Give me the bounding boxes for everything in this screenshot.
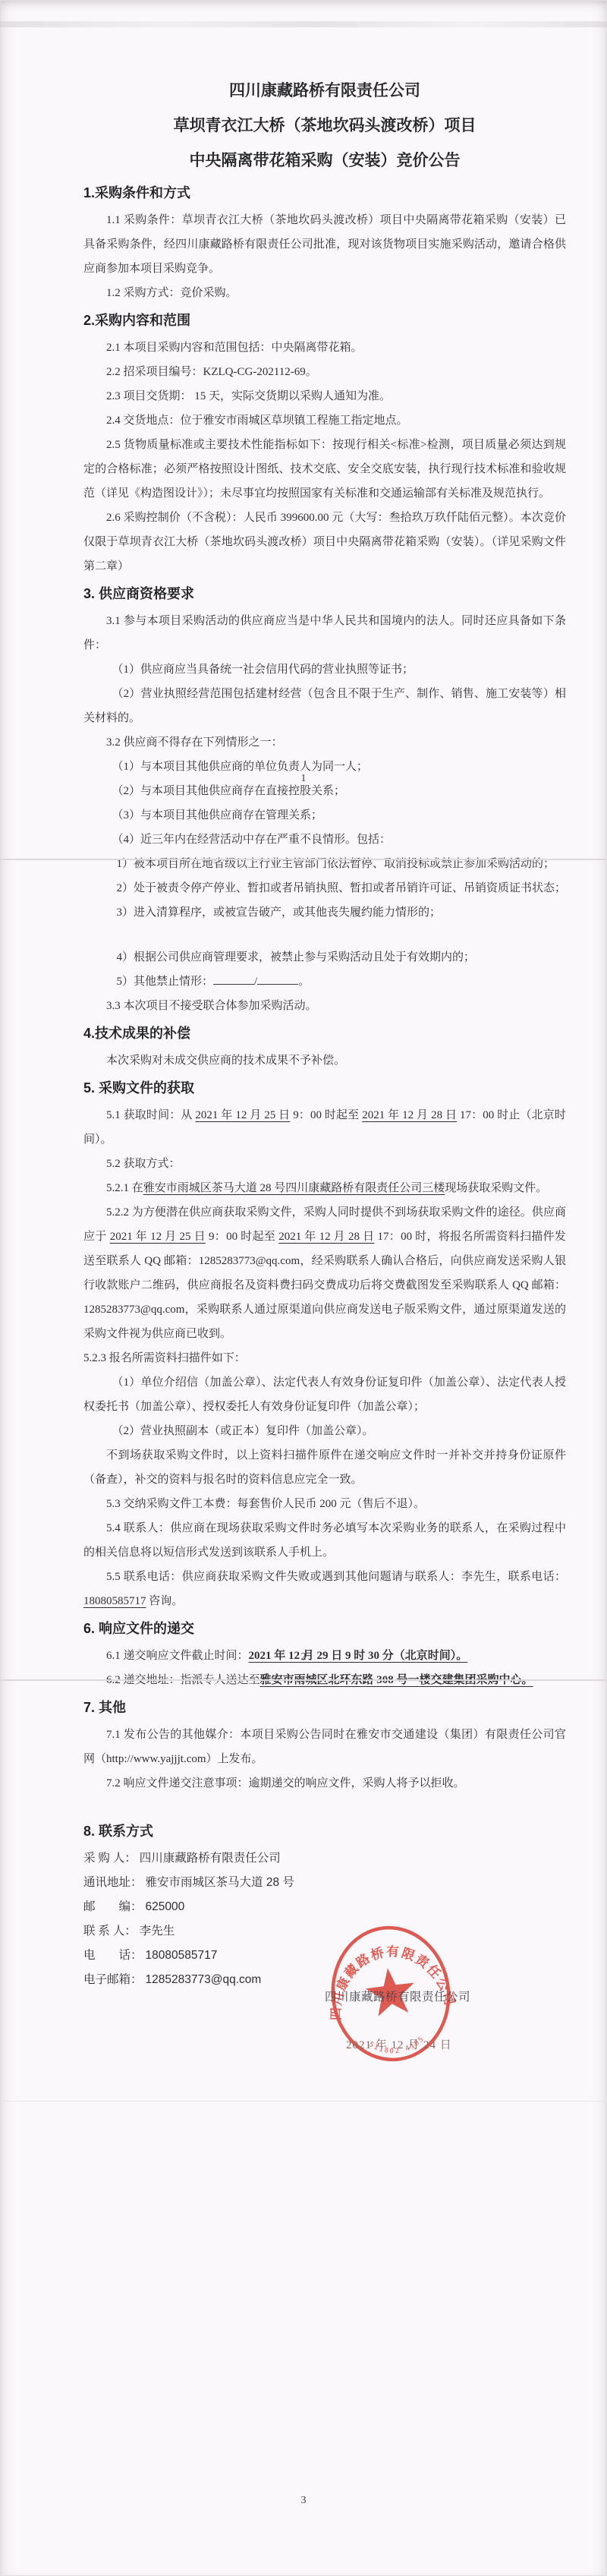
sub-5-text: 5）其他禁止情形：	[117, 976, 214, 988]
clause-1-2: 1.2 采购方式：竞价采购。	[83, 281, 566, 305]
clause-5-2-1-pre: 5.2.1 在	[106, 1182, 143, 1194]
clause-3-2-item-4-sub-4: 4）根据公司供应商管理要求，被禁止参与采购活动且处于有效期内的；	[83, 945, 566, 970]
clause-2-5: 2.5 货物质量标准或主要技术性能指标如下：按现行相关<标准>检测，项目质量必须…	[83, 433, 566, 506]
clause-3-3: 3.3 本次项目不接受联合体参加采购活动。	[83, 994, 566, 1018]
contact-label: 采 购 人：	[83, 1846, 137, 1871]
section-6-heading: 6. 响应文件的递交	[83, 1615, 566, 1643]
clause-2-1: 2.1 本项目采购内容和范围包括：中央隔离带花箱。	[83, 336, 566, 360]
contact-phone: 18080585717	[83, 1595, 146, 1607]
date-from-2: 2021 年 12 月 25 日	[110, 1231, 206, 1243]
clause-2-3: 2.3 项目交货期： 15 天，实际交货期以采购人通知为准。	[83, 384, 566, 408]
contact-address: 通讯地址：雅安市雨城区茶马大道 28 号	[83, 1871, 566, 1895]
clause-3-1-item-2: （2）营业执照经营范围包括建材经营（包含且不限于生产、制作、销售、施工安装等）相…	[83, 682, 566, 730]
signature-date: 2021 年 12 月 24 日	[346, 2036, 452, 2052]
clause-3-2: 3.2 供应商不得存在下列情形之一：	[83, 730, 566, 755]
contact-value: 625000	[146, 1895, 185, 1919]
clause-5-2-2: 5.2.2 为方便潜在供应商获取采购文件，采购人同时提供不到场获取采购文件的途径…	[83, 1200, 566, 1346]
notice-title: 中央隔离带花箱采购（安装）竞价公告	[83, 143, 566, 178]
clause-2-4: 2.4 交货地点：位于雅安市雨城区草坝镇工程施工指定地点。	[83, 408, 566, 433]
clause-4-1: 本次采购对未成交供应商的技术成果不予补偿。	[83, 1048, 566, 1073]
page-number-2: 2	[0, 1651, 607, 1663]
section-2-heading: 2.采购内容和范围	[83, 307, 566, 335]
contact-value: 雅安市雨城区茶马大道 28 号	[146, 1871, 294, 1895]
clause-5-2-2-post: 17：00 时，将报名所需资料扫描件发送至联系人 QQ 邮箱：128528377…	[83, 1231, 566, 1340]
contact-label: 通讯地址：	[83, 1871, 143, 1895]
signature-company: 四川康藏路桥有限责任公司	[325, 1988, 476, 2004]
clause-5-2-1: 5.2.1 在雅安市雨城区茶马大道 28 号四川康藏路桥有限责任公司三楼现场获取…	[83, 1176, 566, 1200]
contact-label: 电 话：	[83, 1944, 143, 1968]
clause-5-1-pre: 5.1 获取时间：从	[106, 1109, 195, 1121]
section-5-heading: 5. 采购文件的获取	[83, 1074, 566, 1102]
clause-5-2-3: 5.2.3 报名所需资料扫描件如下：	[83, 1346, 566, 1370]
contact-value: 1285283773@qq.com	[146, 1968, 262, 1992]
clause-5-2-3-note: 不到场获取采购文件时，以上资料扫描件原件在递交响应文件时一并补交并持身份证原件（…	[83, 1443, 566, 1492]
contact-value: 18080585717	[146, 1944, 218, 1968]
clause-5-2-1-post: 现场获取采购文件。	[445, 1182, 547, 1194]
blank-line	[257, 973, 298, 985]
clause-3-2-item-3: （3）与本项目其他供应商存在管理关系；	[83, 803, 566, 828]
pickup-address: 雅安市雨城区茶马大道 28 号四川康藏路桥有限责任公司三楼	[143, 1182, 445, 1194]
project-title: 草坝青衣江大桥（茶地坎码头渡改桥）项目	[83, 108, 566, 143]
clause-5-5-pre: 5.5 联系电话：供应商获取采购文件失败或遇到其他问题请与联系人：李先生，联系电…	[106, 1571, 566, 1583]
contact-value: 四川康藏路桥有限责任公司	[140, 1846, 281, 1871]
date-to: 2021 年 12 月 28 日	[362, 1109, 457, 1121]
section-4-heading: 4.技术成果的补偿	[83, 1020, 566, 1048]
contact-buyer: 采 购 人：四川康藏路桥有限责任公司	[83, 1846, 566, 1871]
scanned-document: 四川康藏路桥有限责任公司 草坝青衣江大桥（茶地坎码头渡改桥）项目 中央隔离带花箱…	[0, 0, 607, 2576]
page-number-1: 1	[0, 773, 607, 785]
date-to-2: 2021 年 12 月 28 日	[278, 1231, 374, 1243]
scan-artifact-fold-line	[0, 2101, 607, 2101]
contact-label: 联 系 人：	[83, 1919, 137, 1944]
clause-5-2-2-mid: 9：00 时起至	[206, 1231, 278, 1243]
clause-5-2: 5.2 获取方式：	[83, 1152, 566, 1176]
clause-5-5: 5.5 联系电话：供应商获取采购文件失败或遇到其他问题请与联系人：李先生，联系电…	[83, 1565, 566, 1613]
blank-line	[213, 973, 254, 985]
clause-2-6: 2.6 采购控制价（不含税）：人民币 399600.00 元（大写：叁拾玖万玖仟…	[83, 506, 566, 579]
clause-5-2-3-item-2: （2）营业执照副本（或正本）复印件（加盖公章）。	[83, 1419, 566, 1443]
page-number-3: 3	[0, 2495, 607, 2507]
company-title: 四川康藏路桥有限责任公司	[83, 73, 566, 108]
contact-postcode: 邮 编：625000	[83, 1895, 566, 1919]
section-1-heading: 1.采购条件和方式	[83, 179, 566, 207]
clause-5-5-post: 咨询。	[146, 1595, 184, 1607]
page-1: 四川康藏路桥有限责任公司 草坝青衣江大桥（茶地坎码头渡改桥）项目 中央隔离带花箱…	[0, 0, 607, 859]
clause-2-2: 2.2 招采项目编号：KZLQ-CG-202112-69。	[83, 360, 566, 384]
contact-value: 李先生	[140, 1919, 175, 1944]
date-from: 2021 年 12 月 25 日	[195, 1109, 290, 1121]
clause-1-1: 1.1 采购条件：草坝青衣江大桥（茶地坎码头渡改桥）项目中央隔离带花箱采购（安装…	[83, 208, 566, 281]
clause-5-3: 5.3 交纳采购文件工本费：每套售价人民币 200 元（售后不退）。	[83, 1492, 566, 1516]
clause-5-1: 5.1 获取时间：从 2021 年 12 月 25 日 9：00 时起至 202…	[83, 1103, 566, 1152]
clause-3-1: 3.1 参与本项目采购活动的供应商应当是中华人民共和国境内的法人。同时还应具备如…	[83, 609, 566, 657]
clause-5-1-mid: 9：00 时起至	[290, 1109, 362, 1121]
page-3: 8. 联系方式 采 购 人：四川康藏路桥有限责任公司 通讯地址：雅安市雨城区茶马…	[0, 1679, 607, 2574]
clause-3-2-item-4-sub-5: 5）其他禁止情形：/。	[83, 970, 566, 994]
clause-3-2-item-4: （4）近三年内在经营活动中存在严重不良情形。包括：	[83, 828, 566, 852]
clause-5-2-3-item-1: （1）单位介绍信（加盖公章）、法定代表人有效身份证复印件（加盖公章）、法定代表人…	[83, 1370, 566, 1419]
page-2: 4）根据公司供应商管理要求，被禁止参与采购活动且处于有效期内的； 5）其他禁止情…	[0, 859, 607, 1679]
section-8-heading: 8. 联系方式	[83, 1818, 566, 1846]
section-3-heading: 3. 供应商资格要求	[83, 580, 566, 608]
clause-3-1-item-1: （1）供应商应当具备统一社会信用代码的营业执照等证书；	[83, 657, 566, 682]
contact-label: 电子邮箱：	[83, 1968, 143, 1992]
contact-label: 邮 编：	[83, 1895, 143, 1919]
sub-5-end: 。	[298, 976, 310, 988]
contact-phone-row: 电 话：18080585717	[83, 1944, 566, 1968]
clause-5-4: 5.4 联系人：供应商在现场获取采购文件时务必填写本次采购业务的联系人，在采购过…	[83, 1516, 566, 1565]
contact-person: 联 系 人：李先生	[83, 1919, 566, 1944]
